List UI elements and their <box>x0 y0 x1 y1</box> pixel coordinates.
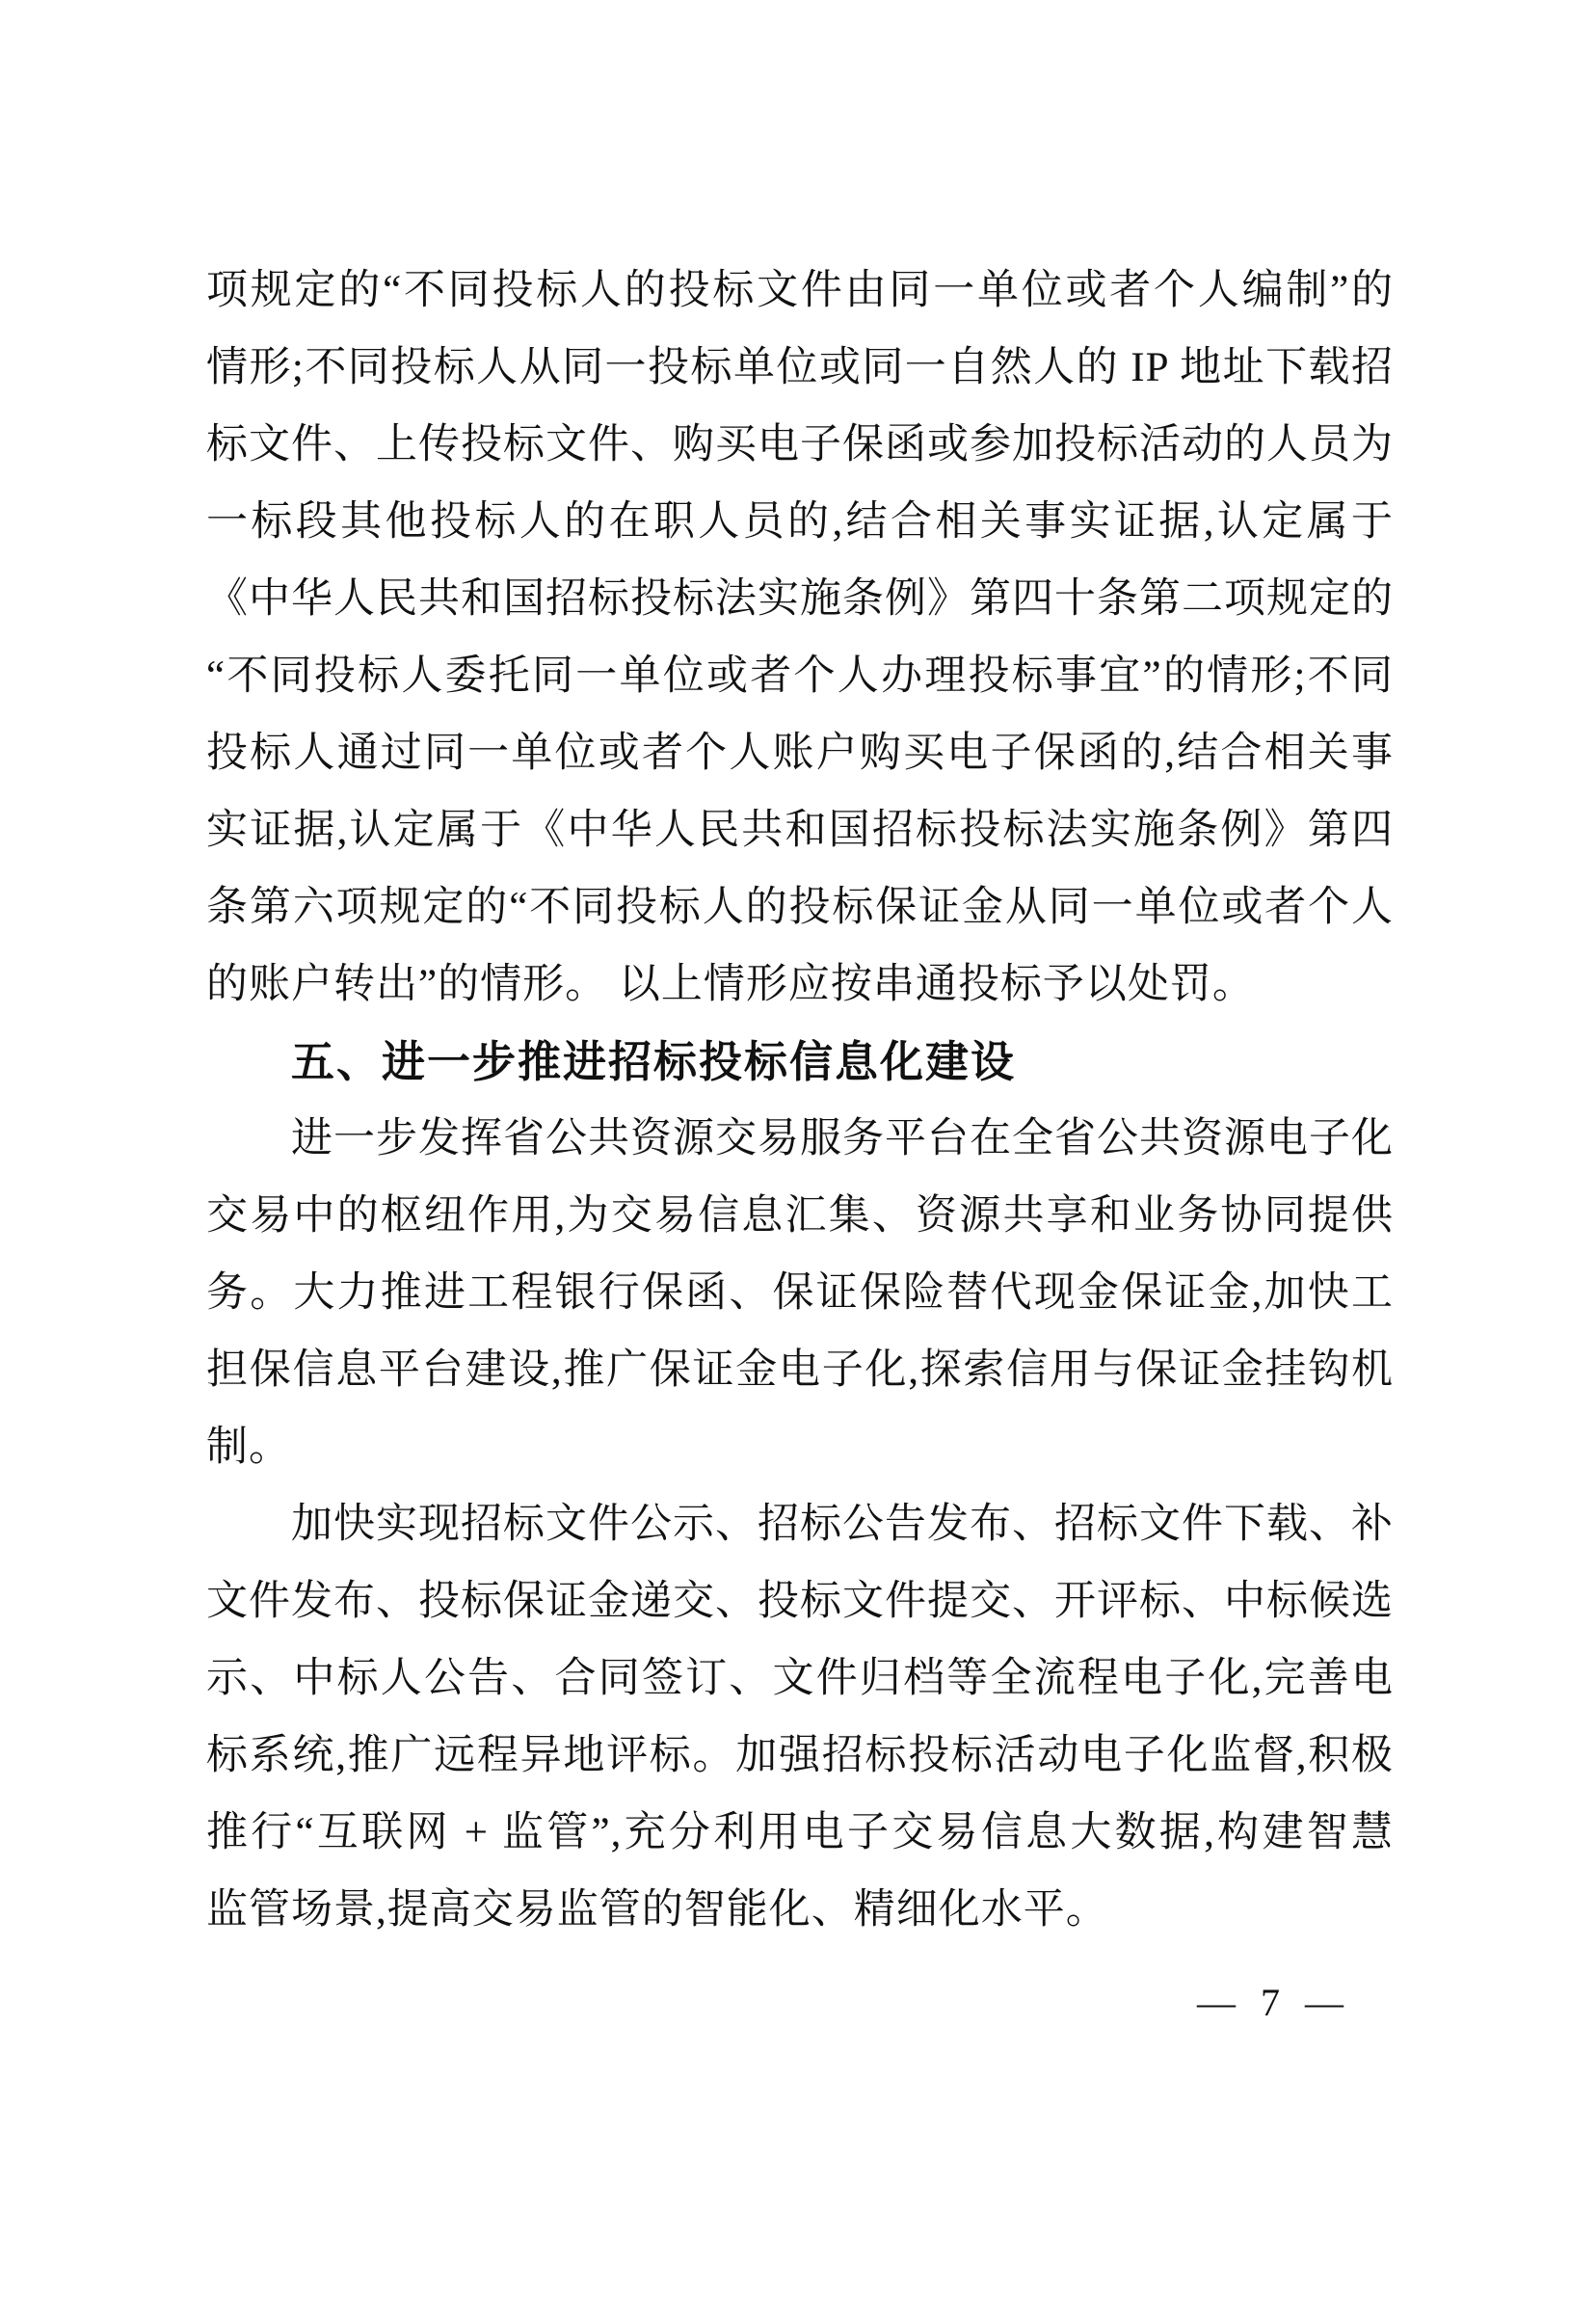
paragraph-line: 推行“互联网 + 监管”,充分利用电子交易信息大数据,构建智慧 <box>206 1795 1394 1872</box>
paragraph-line: 担保信息平台建设,推广保证金电子化,探索信用与保证金挂钩机 <box>206 1332 1394 1409</box>
paragraph-line: 标文件、上传投标文件、购买电子保函或参加投标活动的人员为同 <box>206 407 1394 484</box>
paragraph-line: 交易中的枢纽作用,为交易信息汇集、资源共享和业务协同提供服 <box>206 1178 1394 1255</box>
paragraph-line: 《中华人民共和国招标投标法实施条例》第四十条第二项规定的 <box>206 561 1394 638</box>
paragraph-line: 情形;不同投标人从同一投标单位或同一自然人的 IP 地址下载招 <box>206 330 1394 407</box>
document-page: 项规定的“不同投标人的投标文件由同一单位或者个人编制”的 情形;不同投标人从同一… <box>0 0 1596 2320</box>
section-heading: 五、进一步推进招标投标信息化建设 <box>206 1024 1394 1101</box>
paragraph-line: “不同投标人委托同一单位或者个人办理投标事宜”的情形;不同 <box>206 638 1394 715</box>
paragraph-line: 加快实现招标文件公示、招标公告发布、招标文件下载、补充 <box>206 1486 1394 1563</box>
page-number: — 7 — <box>1197 1976 1351 2030</box>
paragraph-line: 文件发布、投标保证金递交、投标文件提交、开评标、中标候选人公 <box>206 1563 1394 1640</box>
paragraph-line: 项规定的“不同投标人的投标文件由同一单位或者个人编制”的 <box>206 253 1394 330</box>
paragraph-line: 标系统,推广远程异地评标。加强招标投标活动电子化监督,积极 <box>206 1718 1394 1795</box>
paragraph-line: 的账户转出”的情形。 以上情形应按串通投标予以处罚。 <box>206 947 1394 1024</box>
paragraph-line: 一标段其他投标人的在职人员的,结合相关事实证据,认定属于 <box>206 484 1394 561</box>
paragraph-line: 进一步发挥省公共资源交易服务平台在全省公共资源电子化 <box>206 1101 1394 1178</box>
paragraph-line: 制。 <box>206 1409 1394 1486</box>
page-content: 项规定的“不同投标人的投标文件由同一单位或者个人编制”的 情形;不同投标人从同一… <box>206 253 1394 1949</box>
paragraph-line: 示、中标人公告、合同签订、文件归档等全流程电子化,完善电子评 <box>206 1640 1394 1718</box>
paragraph-line: 投标人通过同一单位或者个人账户购买电子保函的,结合相关事 <box>206 715 1394 792</box>
paragraph-line: 务。大力推进工程银行保函、保证保险替代现金保证金,加快工程 <box>206 1255 1394 1332</box>
paragraph-line: 监管场景,提高交易监管的智能化、精细化水平。 <box>206 1872 1394 1949</box>
paragraph-line: 实证据,认定属于《中华人民共和国招标投标法实施条例》第四十 <box>206 792 1394 869</box>
paragraph-line: 条第六项规定的“不同投标人的投标保证金从同一单位或者个人 <box>206 869 1394 947</box>
